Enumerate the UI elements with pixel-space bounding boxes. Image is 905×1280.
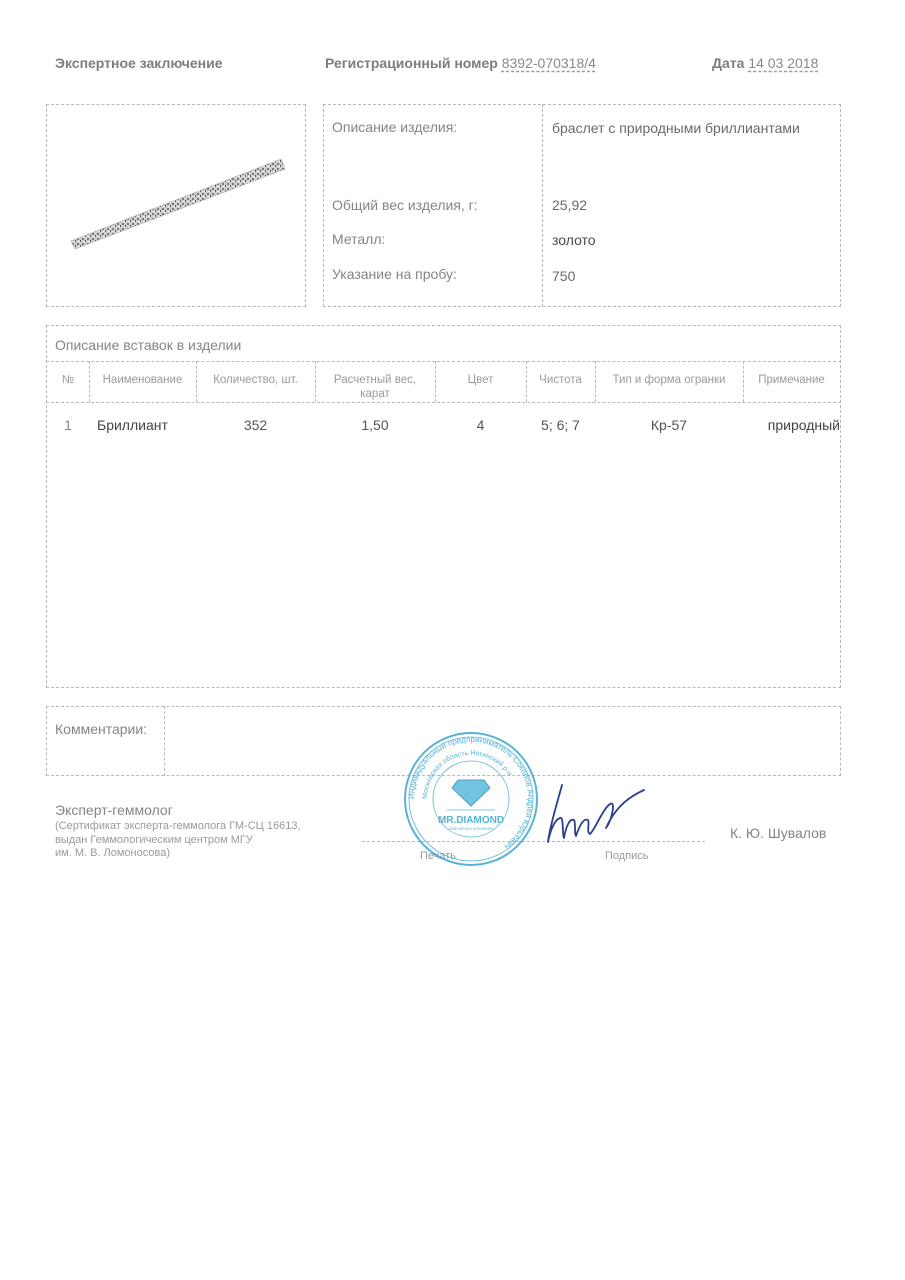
product-metal-value: золото [552, 232, 596, 248]
product-weight-value: 25,92 [552, 197, 587, 213]
cell-weight: 1,50 [315, 417, 435, 433]
signature-icon [540, 780, 660, 850]
registration-label: Регистрационный номер [325, 55, 498, 71]
col-divider [315, 361, 316, 402]
product-weight-label: Общий вес изделия, г: [332, 197, 478, 213]
col-header-note: Примечание [743, 373, 840, 387]
col-header-clarity: Чистота [526, 373, 595, 387]
expert-certificate: (Сертификат эксперта-геммолога ГМ-СЦ 166… [55, 820, 301, 861]
cell-quantity: 352 [196, 417, 315, 433]
company-stamp-icon: Индивидуальный предприниматель Соколов А… [402, 730, 540, 868]
table-header-bottom-line [46, 402, 841, 403]
svg-text:MR.DIAMOND: MR.DIAMOND [438, 815, 504, 826]
expert-name: К. Ю. Шувалов [730, 825, 826, 841]
product-assay-label: Указание на пробу: [332, 266, 457, 282]
col-header-number: № [47, 373, 89, 387]
col-header-weight: Расчетный вес, карат [330, 373, 420, 401]
product-photo-box [46, 104, 306, 307]
cell-cut: Кр-57 [595, 417, 743, 433]
date: Дата 14 03 2018 [712, 55, 818, 71]
date-label: Дата [712, 55, 744, 71]
bracelet-image [67, 153, 287, 253]
comments-label: Комментарии: [55, 721, 147, 737]
cell-note: природный [743, 417, 840, 433]
product-assay-value: 750 [552, 268, 575, 284]
document-title: Экспертное заключение [55, 55, 223, 71]
registration-number: Регистрационный номер 8392-070318/4 [325, 55, 596, 71]
cell-color: 4 [435, 417, 526, 433]
inserts-title: Описание вставок в изделии [55, 337, 241, 353]
col-header-quantity: Количество, шт. [196, 373, 315, 387]
registration-value: 8392-070318/4 [502, 55, 596, 71]
col-header-name: Наименование [89, 373, 196, 387]
product-description-label: Описание изделия: [332, 119, 457, 135]
date-value: 14 03 2018 [748, 55, 818, 71]
expert-title: Эксперт-геммолог [55, 802, 173, 818]
table-header-top-line [46, 361, 841, 362]
product-description-value: браслет с природными бриллиантами [552, 120, 800, 136]
cell-number: 1 [47, 417, 89, 433]
cell-name: Бриллиант [97, 417, 168, 433]
comments-divider [164, 706, 165, 776]
cert-line: (Сертификат эксперта-геммолога ГМ-СЦ 166… [55, 820, 301, 834]
col-header-color: Цвет [435, 373, 526, 387]
cert-line: им. М. В. Ломоносова) [55, 847, 301, 861]
svg-text:ЮВЕЛИРНАЯ КОМПАНИЯ: ЮВЕЛИРНАЯ КОМПАНИЯ [449, 827, 493, 831]
cell-clarity: 5; 6; 7 [526, 417, 595, 433]
product-metal-label: Металл: [332, 231, 385, 247]
signature-label: Подпись [605, 850, 649, 864]
product-info-divider [542, 104, 543, 307]
cert-line: выдан Геммологическим центром МГУ [55, 834, 301, 848]
col-header-cut: Тип и форма огранки [595, 373, 743, 387]
